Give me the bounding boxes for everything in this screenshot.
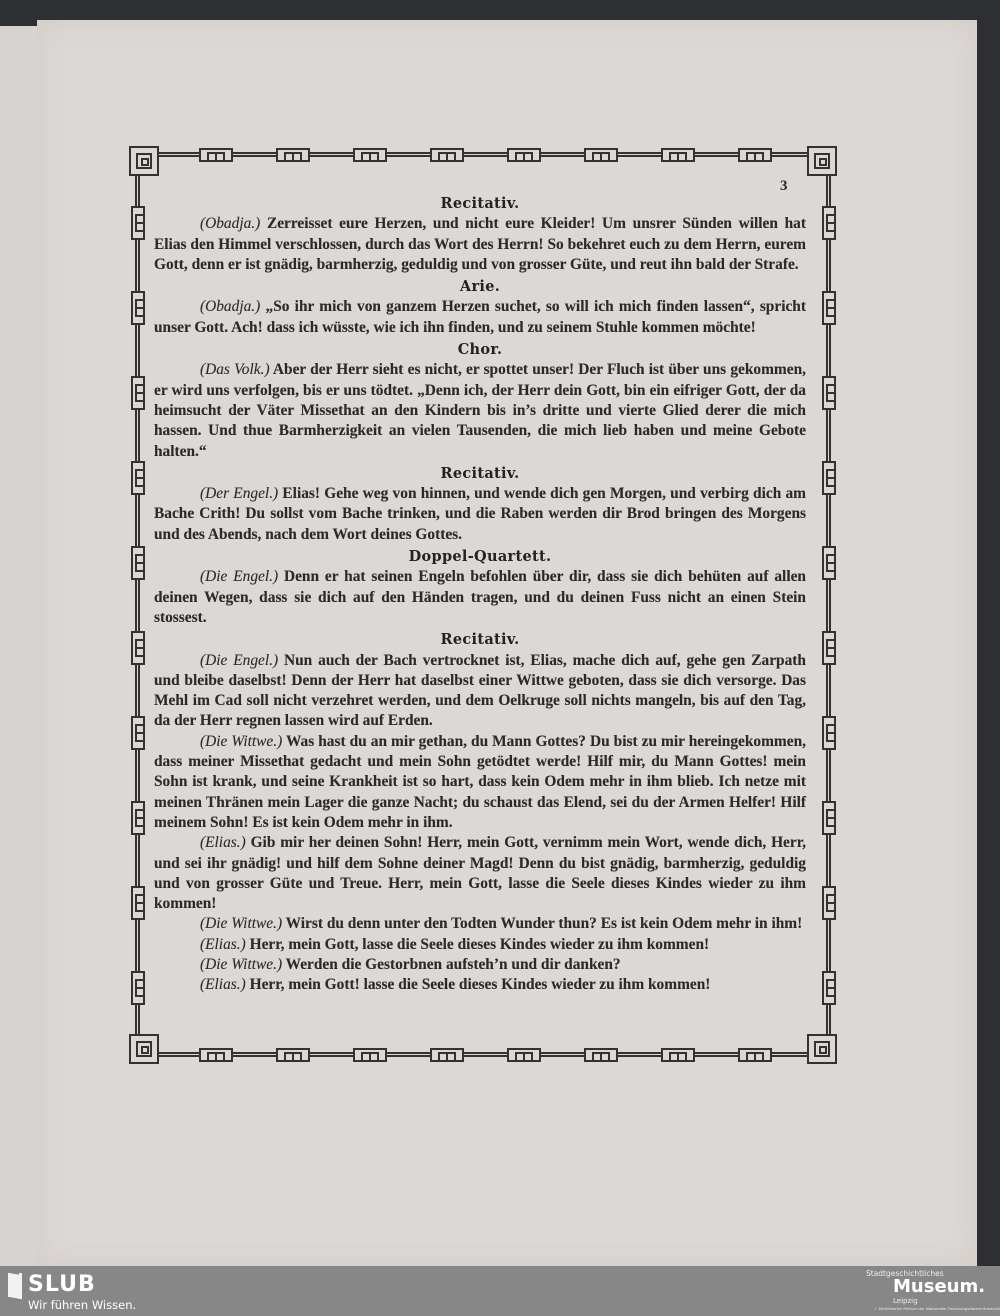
- paragraph-text: Herr, mein Gott! lasse die Seele dieses …: [246, 976, 711, 993]
- section-heading: Doppel-Quartett.: [154, 547, 806, 567]
- meander-ornament: [822, 546, 836, 580]
- meander-ornament: [738, 148, 772, 162]
- paragraph-text: Wirst du denn unter den Todten Wunder th…: [282, 915, 802, 932]
- paragraph: (Obadja.) Zerreisset eure Herzen, und ni…: [154, 214, 806, 275]
- footer-bar: SLUB Wir führen Wissen. Stadtgeschichtli…: [0, 1266, 1000, 1316]
- paragraph: (Obadja.) „So ihr mich von ganzem Herzen…: [154, 297, 806, 338]
- meander-ornament: [822, 206, 836, 240]
- meander-ornament: [822, 291, 836, 325]
- paragraph: (Elias.) Herr, mein Gott! lasse die Seel…: [154, 975, 806, 995]
- museum-city: Leipzig: [893, 1297, 918, 1305]
- speaker-label: (Die Wittwe.): [200, 956, 282, 973]
- speaker-label: (Die Engel.): [200, 568, 278, 585]
- section-heading: Arie.: [154, 277, 806, 297]
- corner-ornament-bottom-right: [807, 1034, 837, 1064]
- speaker-label: (Der Engel.): [200, 485, 278, 502]
- paragraph: (Der Engel.) Elias! Gehe weg von hinnen,…: [154, 484, 806, 545]
- meander-ornament: [131, 886, 145, 920]
- meander-ornament: [822, 886, 836, 920]
- corner-ornament-top-right: [807, 146, 837, 176]
- meander-ornament: [131, 971, 145, 1005]
- meander-ornament: [131, 206, 145, 240]
- section-heading: Recitativ.: [154, 194, 806, 214]
- frame-left-line: [135, 146, 140, 1064]
- meander-ornament: [822, 461, 836, 495]
- meander-ornament: [822, 716, 836, 750]
- section-heading: Recitativ.: [154, 464, 806, 484]
- previous-page-edge: [0, 26, 41, 1266]
- speaker-label: (Die Wittwe.): [200, 915, 282, 932]
- meander-ornament: [131, 376, 145, 410]
- paragraph-text: Werden die Gestorbnen aufsteh’n und dir …: [282, 956, 621, 973]
- speaker-label: (Elias.): [200, 936, 246, 953]
- meander-ornament: [822, 376, 836, 410]
- paragraph: (Elias.) Herr, mein Gott, lasse die Seel…: [154, 935, 806, 955]
- paragraph: (Die Wittwe.) Wirst du denn unter den To…: [154, 914, 806, 934]
- meander-ornament: [131, 631, 145, 665]
- corner-ornament-top-left: [129, 146, 159, 176]
- section-heading: Chor.: [154, 340, 806, 360]
- section-heading: Recitativ.: [154, 630, 806, 650]
- meander-ornament: [738, 1048, 772, 1062]
- paragraph: (Die Wittwe.) Was hast du an mir gethan,…: [154, 732, 806, 833]
- meander-ornament: [822, 631, 836, 665]
- meander-ornament: [507, 148, 541, 162]
- frame-bottom-line: [129, 1052, 837, 1057]
- meander-ornament: [199, 148, 233, 162]
- paragraph: (Die Engel.) Denn er hat seinen Engeln b…: [154, 567, 806, 628]
- corner-ornament-bottom-left: [129, 1034, 159, 1064]
- speaker-label: (Die Wittwe.): [200, 733, 282, 750]
- meander-ornament: [822, 801, 836, 835]
- paragraph: (Die Wittwe.) Werden die Gestorbnen aufs…: [154, 955, 806, 975]
- paragraph-text: Gib mir her deinen Sohn! Herr, mein Gott…: [154, 834, 806, 912]
- meander-ornament: [584, 1048, 618, 1062]
- paragraph: (Das Volk.) Aber der Herr sieht es nicht…: [154, 360, 806, 461]
- meander-ornament: [131, 801, 145, 835]
- meander-ornament: [661, 148, 695, 162]
- meander-ornament: [131, 546, 145, 580]
- speaker-label: (Obadja.): [200, 298, 260, 315]
- meander-ornament: [507, 1048, 541, 1062]
- museum-logo-link[interactable]: Museum.: [893, 1276, 985, 1297]
- book-spine-icon: [19, 1273, 22, 1299]
- paragraph: (Die Engel.) Nun auch der Bach vertrockn…: [154, 651, 806, 732]
- paragraph-text: Herr, mein Gott, lasse die Seele dieses …: [246, 936, 709, 953]
- paragraph: (Elias.) Gib mir her deinen Sohn! Herr, …: [154, 833, 806, 914]
- meander-ornament: [276, 148, 310, 162]
- meander-ornament: [822, 971, 836, 1005]
- meander-ornament: [276, 1048, 310, 1062]
- frame-right-line: [826, 146, 831, 1064]
- speaker-label: (Obadja.): [200, 215, 260, 232]
- meander-ornament: [584, 148, 618, 162]
- meander-ornament: [131, 291, 145, 325]
- speaker-label: (Die Engel.): [200, 652, 278, 669]
- meander-ornament: [661, 1048, 695, 1062]
- frame-top-line: [129, 152, 837, 157]
- slub-logo-link[interactable]: SLUB: [28, 1272, 96, 1297]
- speaker-label: (Elias.): [200, 976, 246, 993]
- meander-ornament: [353, 148, 387, 162]
- slub-slogan: Wir führen Wissen.: [28, 1298, 136, 1312]
- speaker-label: (Elias.): [200, 834, 246, 851]
- meander-ornament: [353, 1048, 387, 1062]
- libretto-text: Recitativ. (Obadja.) Zerreisset eure Her…: [154, 192, 806, 996]
- meander-ornament: [131, 461, 145, 495]
- meander-ornament: [430, 148, 464, 162]
- meander-ornament: [199, 1048, 233, 1062]
- meander-ornament: [430, 1048, 464, 1062]
- museum-certification: ✓ Zertifizierter Partner der Nationalen …: [874, 1306, 1000, 1311]
- speaker-label: (Das Volk.): [200, 361, 270, 378]
- meander-ornament: [131, 716, 145, 750]
